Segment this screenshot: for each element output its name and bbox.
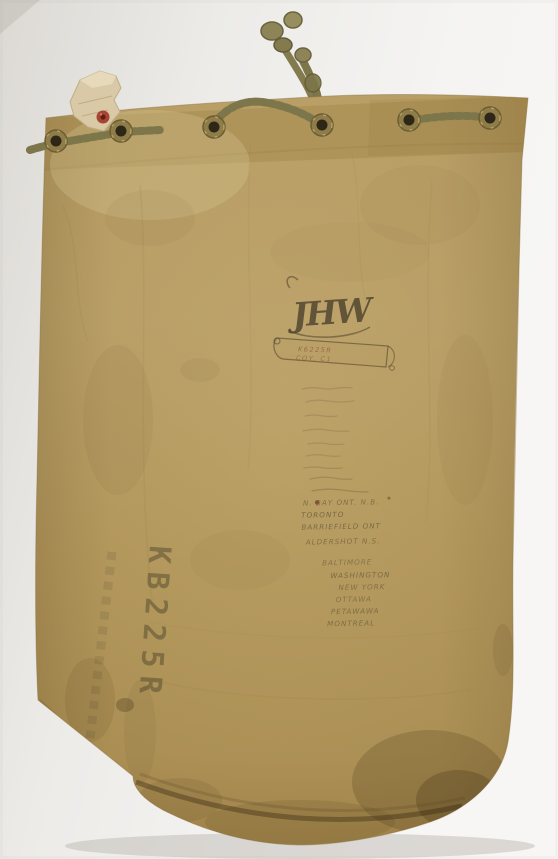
grommet (311, 114, 333, 136)
itinerary-line: OTTAWA (336, 594, 372, 604)
monogram-text: JHW (285, 290, 376, 335)
banner-line2: COY. C1 (296, 354, 332, 363)
grommet (110, 120, 132, 142)
itinerary-line: TORONTO (301, 510, 344, 520)
bag-shading (30, 90, 540, 850)
itinerary-line: MONTREAL (327, 618, 375, 628)
itinerary-line: NEW YORK (338, 582, 385, 592)
photo-canvas: JHW K6225R COY. C1 N. BAY ONT. N.B. TORO… (0, 0, 558, 859)
itinerary-line: ALDERSHOT N.S. (305, 536, 381, 546)
itinerary-line: N. BAY ONT. N.B. (303, 497, 380, 507)
grommet (203, 116, 225, 138)
grommet (398, 109, 420, 131)
bag-body (30, 90, 540, 850)
grommet (45, 130, 67, 152)
tag-eyelet-highlight (100, 113, 102, 115)
banner-line1: K6225R (298, 345, 333, 354)
itinerary-line: WASHINGTON (330, 570, 390, 580)
itinerary-line: BARRIEFIELD ONT (301, 521, 381, 531)
itinerary-line: BALTIMORE (322, 557, 372, 567)
photo-of-duffel-bag: JHW K6225R COY. C1 N. BAY ONT. N.B. TORO… (0, 0, 558, 859)
itinerary-line: PETAWAWA (331, 606, 380, 616)
grommet (479, 107, 501, 129)
